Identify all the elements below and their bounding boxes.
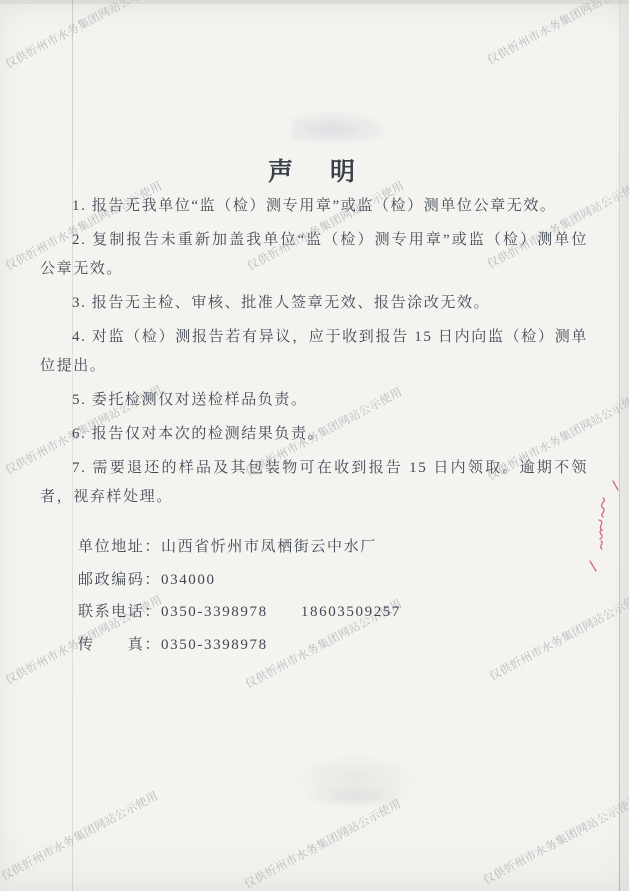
statement-item-2: 2. 复制报告未重新加盖我单位“监（检）测专用章”或监（检）测单位公章无效。 [40,226,588,284]
contact-phone: 联系电话：0350-3398978 18603509257 [78,596,401,629]
contact-postal-code: 邮政编码：034000 [78,564,401,597]
contact-fax: 传 真：0350-3398978 [78,629,401,662]
statement-item-7: 7. 需要退还的样品及其包装物可在收到报告 15 日内领取。逾期不领者，视弃样处… [40,454,588,512]
statement-item-6: 6. 报告仅对本次的检测结果负责。 [40,420,588,449]
page-title: 声 明 [0,152,629,188]
contact-block: 单位地址：山西省忻州市凤栖街云中水厂 邮政编码：034000 联系电话：0350… [78,531,401,661]
handwritten-red-note [586,477,622,580]
statement-list: 1. 报告无我单位“监（检）测专用章”或监（检）测单位公章无效。 2. 复制报告… [40,192,588,517]
statement-item-5: 5. 委托检测仅对送检样品负责。 [40,386,588,415]
scanned-statement-page: 仅供忻州市水务集团网站公示使用 仅供忻州市水务集团网站公示使用 仅供忻州市水务集… [0,0,629,891]
contact-address: 单位地址：山西省忻州市凤栖街云中水厂 [78,531,401,564]
handwriting-scribble-icon [586,477,622,575]
statement-item-4: 4. 对监（检）测报告若有异议，应于收到报告 15 日内向监（检）测单位提出。 [40,323,588,381]
document-body: 声 明 1. 报告无我单位“监（检）测专用章”或监（检）测单位公章无效。 2. … [0,0,629,891]
statement-item-1: 1. 报告无我单位“监（检）测专用章”或监（检）测单位公章无效。 [40,192,588,221]
statement-item-3: 3. 报告无主检、审核、批准人签章无效、报告涂改无效。 [40,289,588,318]
